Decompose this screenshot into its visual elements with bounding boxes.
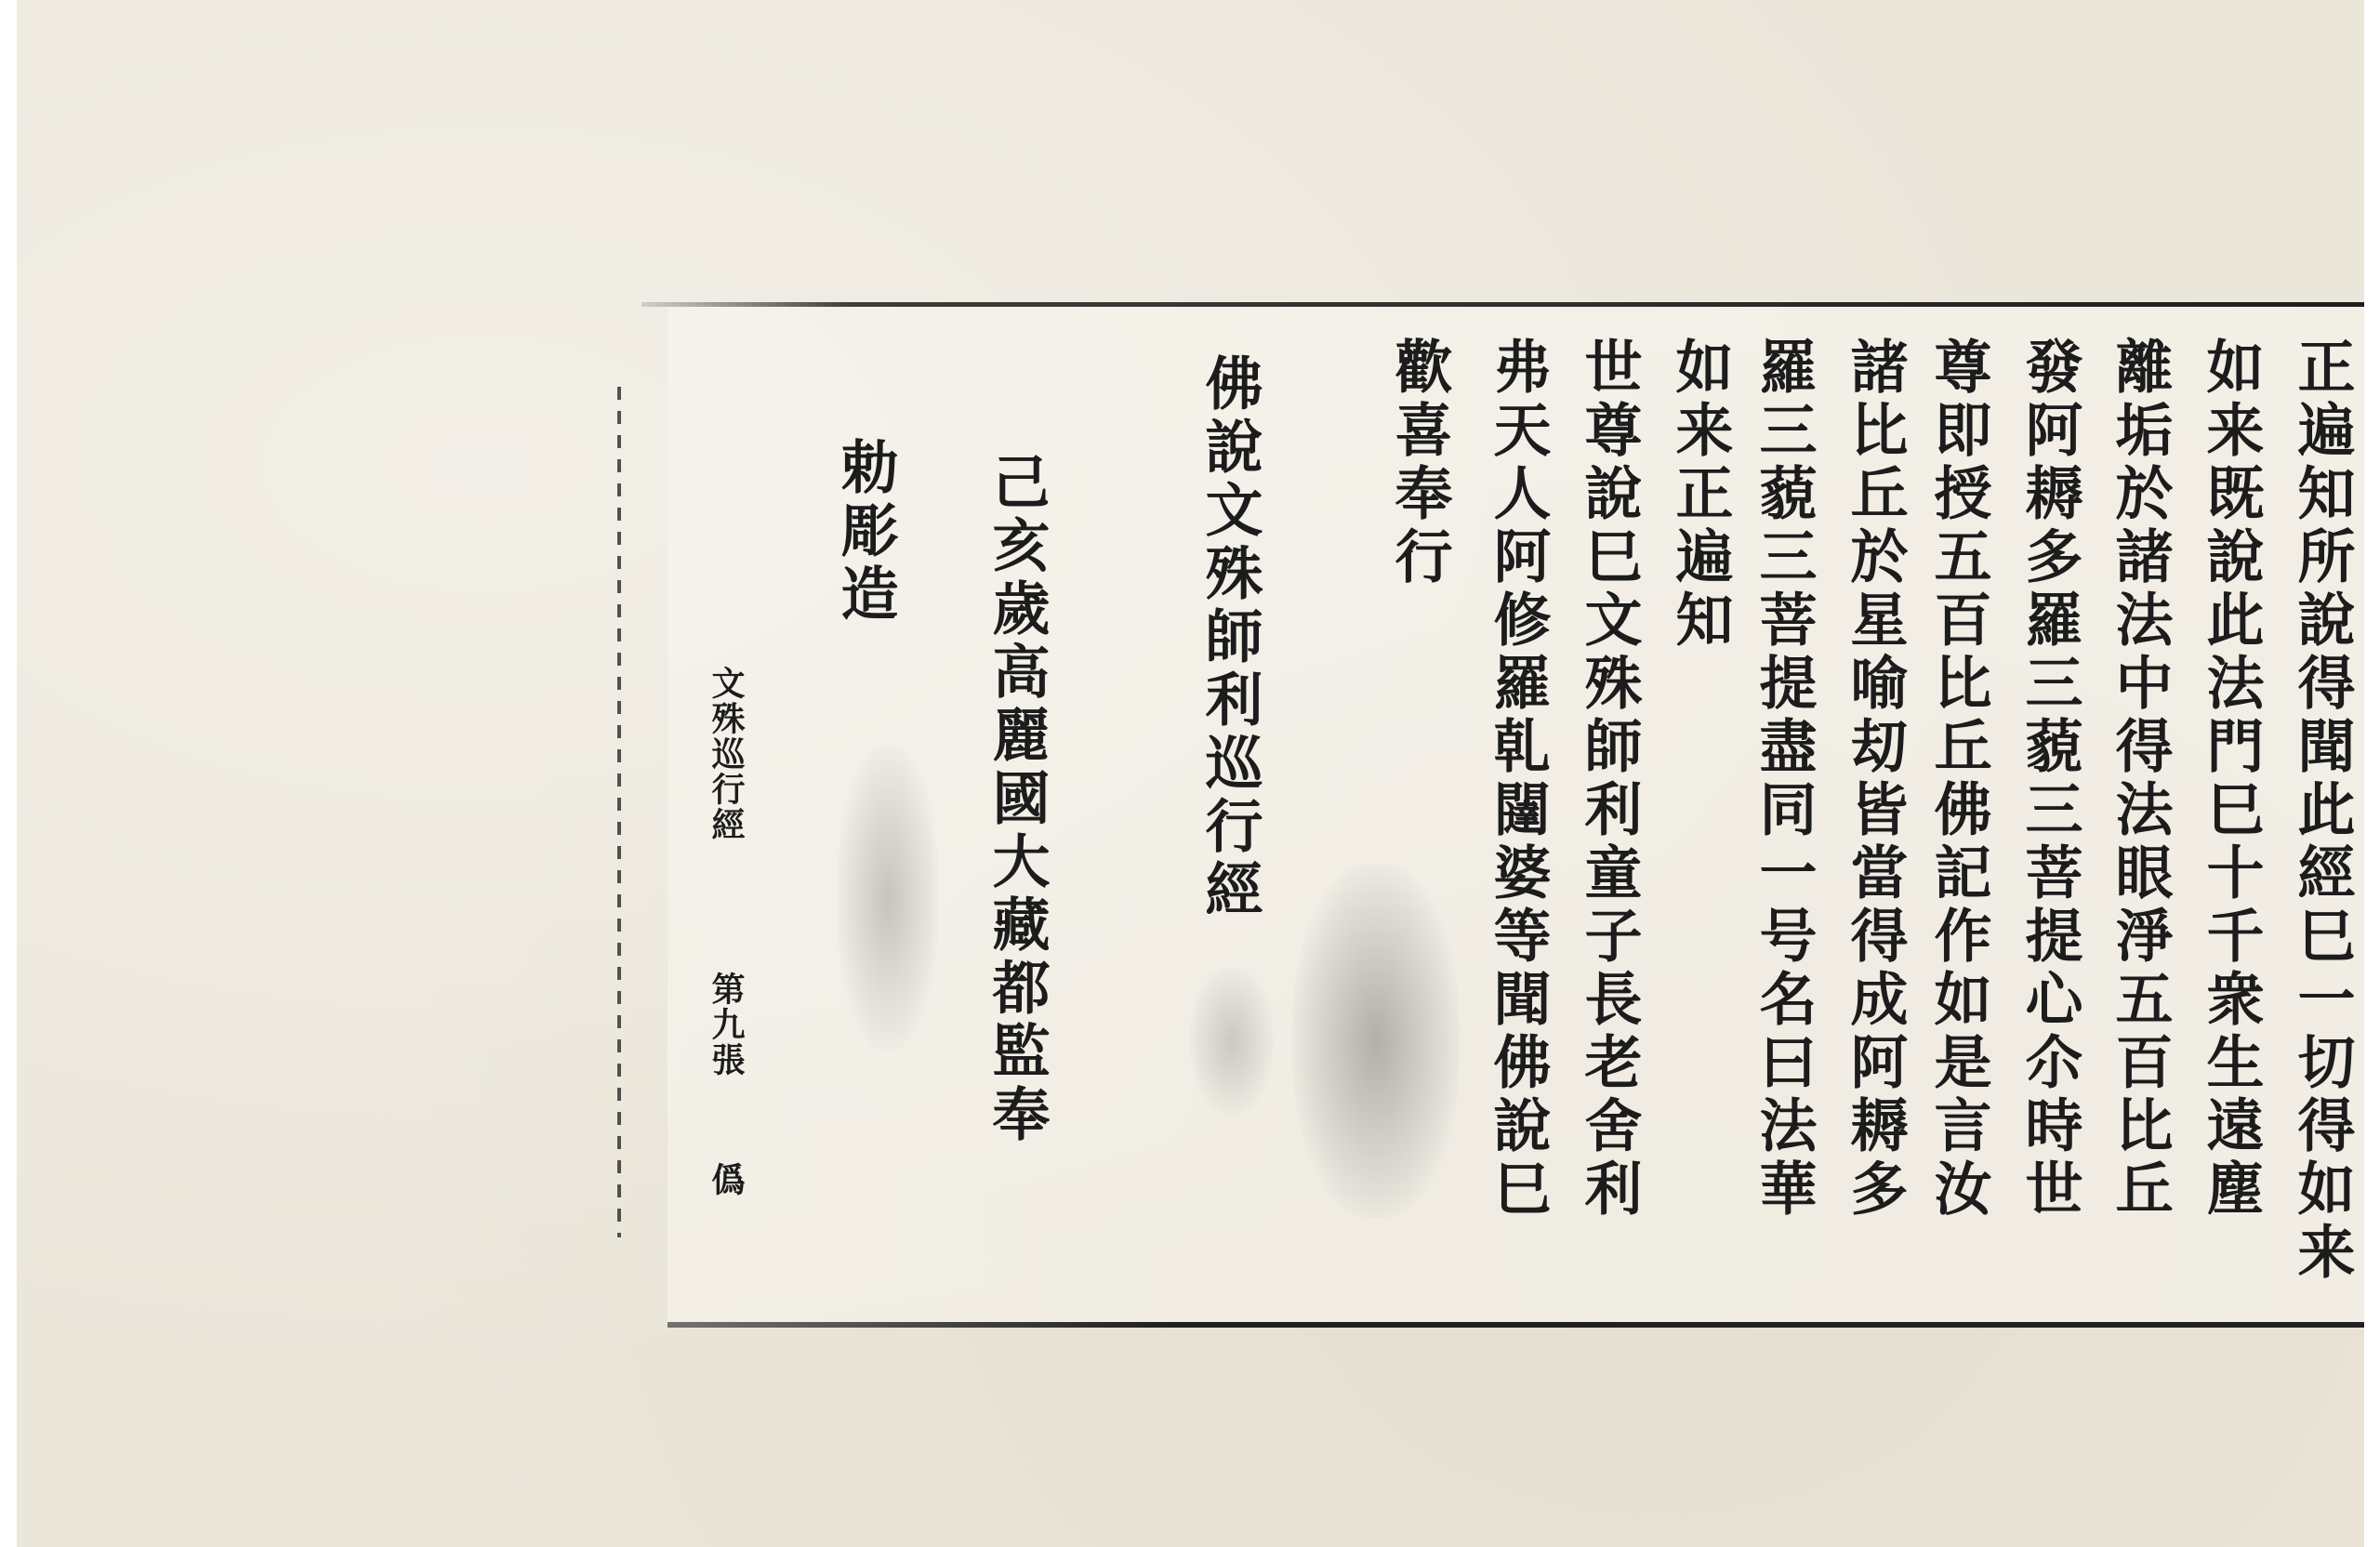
text-column-9: 世尊說巳文殊師利童子長老舍利	[1580, 337, 1637, 1222]
text-column-11: 歡喜奉行	[1390, 337, 1448, 589]
bottom-border-rule	[668, 1322, 2364, 1328]
text-column-10: 弗天人阿修羅乹闥婆等聞佛說巳	[1488, 337, 1546, 1222]
text-column-4: 發阿耨多羅三藐三菩提心尒時世	[2020, 337, 2078, 1222]
ink-smudge	[837, 744, 939, 1051]
margin-short-title: 文殊巡行經	[709, 666, 743, 842]
text-column-2: 如来既說此法門巳十千衆生遠塵	[2201, 337, 2259, 1222]
ink-smudge	[1190, 967, 1274, 1116]
top-border-rule	[641, 302, 2364, 307]
text-column-6: 諸比丘於星喻刧皆當得成阿耨多	[1845, 337, 1903, 1222]
left-dashed-rule	[617, 387, 621, 1237]
closing-title: 佛說文殊師利巡行經	[1200, 353, 1258, 922]
colophon-line-1: 己亥歲高麗國大藏都監奉	[987, 452, 1045, 1147]
text-column-8: 如来正遍知	[1671, 337, 1728, 653]
text-column-7: 羅三藐三菩提盡同一号名曰法華	[1754, 337, 1812, 1222]
ink-smudge	[1292, 865, 1460, 1218]
margin-carver-mark: 僞	[709, 1162, 743, 1197]
text-column-5: 尊即授五百比丘佛記作如是言汝	[1929, 337, 1987, 1222]
text-column-3: 離垢於諸法中得法眼淨五百比丘	[2110, 337, 2168, 1222]
text-column-1: 正遍知所說得聞此經巳一切得如来	[2293, 337, 2350, 1285]
margin-page-number: 第九張	[709, 972, 743, 1078]
colophon-line-2: 勅彫造	[836, 437, 893, 627]
